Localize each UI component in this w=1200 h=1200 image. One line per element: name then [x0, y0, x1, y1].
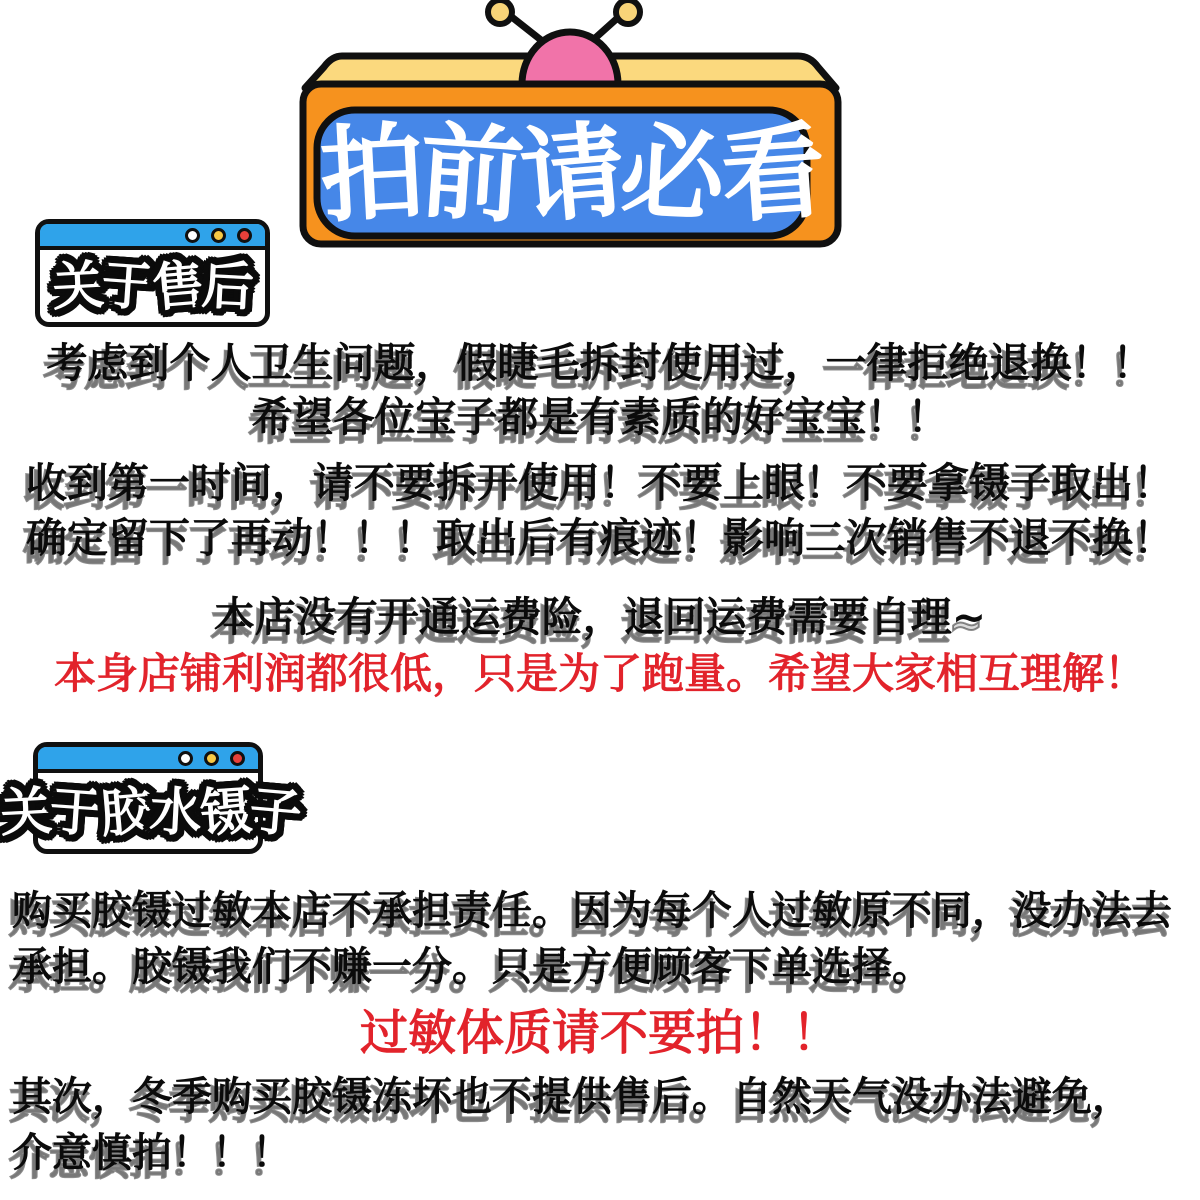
notice-text: 本店没有开通运费险，退回运费需要自理~ [214, 593, 986, 641]
notice-text: 确定留下了再动！！！取出后有痕迹！影响二次销售不退不换！ [26, 514, 1174, 562]
window-dot-yellow-icon [211, 228, 226, 243]
window-dot-red-icon [230, 751, 245, 766]
antenna-right-ball-icon [616, 0, 640, 24]
notice-line-hygiene-1: 考虑到个人卫生问题，假睫毛拆封使用过，一律拒绝退换！！考虑到个人卫生问题，假睫毛… [0, 340, 1200, 387]
warning-line-profit: 本身店铺利润都很低，只是为了跑量。希望大家相互理解！ [0, 650, 1200, 698]
notice-line-winter-1: 其次，冬季购买胶镊冻坏也不提供售后。自然天气没办法避免，其次，冬季购买胶镊冻坏也… [0, 1074, 1200, 1120]
aftersale-badge-label: 关于售后 [52, 244, 252, 319]
notice-line-shipping: 本店没有开通运费险，退回运费需要自理~本店没有开通运费险，退回运费需要自理~ [0, 594, 1200, 641]
warning-text: 过敏体质请不要拍！！ [360, 1005, 840, 1061]
window-dot-white-icon [185, 228, 200, 243]
notice-line-open-1: 收到第一时间，请不要拆开使用！不要上眼！不要拿镊子取出！收到第一时间，请不要拆开… [0, 460, 1200, 507]
notice-line-allergy-2: 承担。胶镊我们不赚一分。只是方便顾客下单选择。承担。胶镊我们不赚一分。只是方便顾… [0, 944, 1200, 990]
warning-line-allergy: 过敏体质请不要拍！！ [0, 1006, 1200, 1061]
window-dot-white-icon [178, 751, 193, 766]
notice-line-allergy-1: 购买胶镊过敏本店不承担责任。因为每个人过敏原不同，没办法去购买胶镊过敏本店不承担… [0, 888, 1200, 934]
notice-text: 其次，冬季购买胶镊冻坏也不提供售后。自然天气没办法避免， [12, 1074, 1132, 1120]
warning-text: 本身店铺利润都很低，只是为了跑量。希望大家相互理解！ [54, 649, 1146, 698]
notice-text: 考虑到个人卫生问题，假睫毛拆封使用过，一律拒绝退换！！ [47, 339, 1154, 387]
window-dot-yellow-icon [204, 751, 219, 766]
antenna-left-ball-icon [488, 0, 512, 24]
notice-text: 收到第一时间，请不要拆开使用！不要上眼！不要拿镊子取出！ [26, 459, 1174, 507]
window-dot-red-icon [237, 228, 252, 243]
notice-line-hygiene-2: 希望各位宝子都是有素质的好宝宝！！希望各位宝子都是有素质的好宝宝！！ [0, 394, 1200, 441]
promo-notice-poster: 拍前请必看 关于售后 考虑到个人卫生问题，假睫毛拆封使用过，一律拒绝退换！！考虑… [0, 0, 1200, 1200]
notice-line-open-2: 确定留下了再动！！！取出后有痕迹！影响二次销售不退不换！确定留下了再动！！！取出… [0, 515, 1200, 562]
notice-text: 承担。胶镊我们不赚一分。只是方便顾客下单选择。 [12, 944, 932, 990]
notice-text: 希望各位宝子都是有素质的好宝宝！！ [252, 393, 949, 441]
notice-text: 介意慎拍！！！ [12, 1130, 292, 1176]
notice-text: 购买胶镊过敏本店不承担责任。因为每个人过敏原不同，没办法去 [12, 888, 1172, 934]
banner-title: 拍前请必看 [303, 90, 838, 240]
notice-line-winter-2: 介意慎拍！！！介意慎拍！！！ [0, 1130, 1200, 1176]
glue-badge-label: 关于胶水镊子 [0, 770, 300, 845]
